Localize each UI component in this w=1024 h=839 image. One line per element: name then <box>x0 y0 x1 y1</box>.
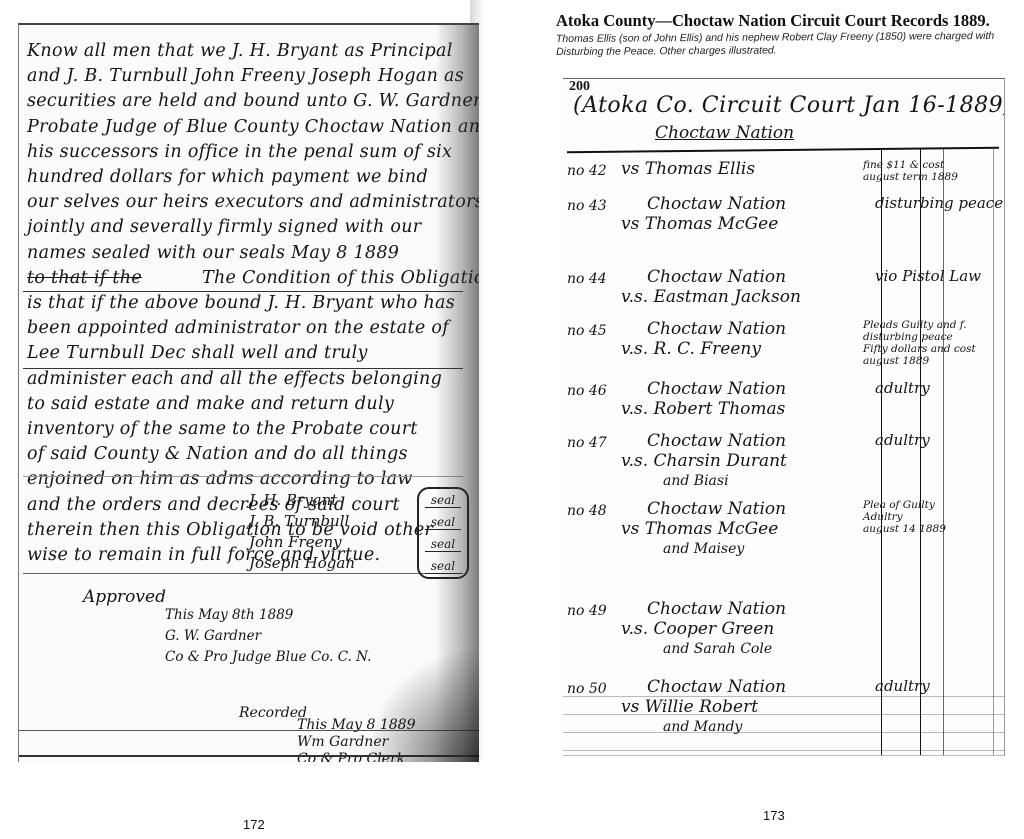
case-number: no 42 <box>567 163 607 179</box>
case-plaintiff: Choctaw Nation <box>647 431 786 451</box>
ledger-heading: (Atoka Co. Circuit Court Jan 16-1889) <box>573 93 1005 118</box>
ledger-subheading: Choctaw Nation <box>655 123 794 143</box>
case-defendant: v.s. Robert Thomas <box>621 399 785 419</box>
approval-block: Approved This May 8th 1889 G. W. Gardner… <box>83 587 166 607</box>
ledger-column-rule <box>943 149 944 755</box>
seal-label: seal <box>425 493 461 508</box>
case-defendant: v.s. Charsin Durant <box>621 451 787 471</box>
court-ledger-scan: 200 (Atoka Co. Circuit Court Jan 16-1889… <box>563 78 1005 756</box>
case-defendant: v.s. Cooper Green <box>621 619 774 639</box>
page-number-right: 173 <box>763 808 785 823</box>
bond-text-line: securities are held and bound unto G. W.… <box>27 89 475 114</box>
case-plaintiff: Choctaw Nation <box>647 499 786 519</box>
seal-label: seal <box>425 559 461 574</box>
case-co-defendant: and Maisey <box>663 541 744 557</box>
ruled-line <box>23 476 463 477</box>
case-note: disturbing peace <box>863 331 953 343</box>
case-co-defendant: and Sarah Cole <box>663 641 772 657</box>
bond-text-line: been appointed administrator on the esta… <box>27 316 475 341</box>
case-number: no 48 <box>567 503 607 519</box>
recorded-block: Recorded This May 8 1889 Wm Gardner Co &… <box>239 705 307 721</box>
case-plaintiff: Choctaw Nation <box>647 599 786 619</box>
bond-document-scan: Know all men that we J. H. Bryant as Pri… <box>18 23 479 762</box>
bond-text-line: jointly and severally firmly signed with… <box>27 215 475 240</box>
case-charge: adultry <box>875 431 930 449</box>
bond-text-line: Lee Turnbull Dec shall well and truly <box>27 341 475 366</box>
bond-text-line: our selves our heirs executors and admin… <box>27 190 475 215</box>
case-plaintiff: Choctaw Nation <box>647 267 786 287</box>
ruled-line <box>23 368 463 369</box>
case-plaintiff: Choctaw Nation <box>647 194 786 214</box>
signature: J. B. Turnbull <box>249 511 355 532</box>
case-note: Plea of Guilty <box>863 499 935 511</box>
approval-line: This May 8th 1889 <box>165 605 465 626</box>
ruled-line <box>23 291 463 292</box>
case-plaintiff: Choctaw Nation <box>647 319 786 339</box>
bond-text-line: of said County & Nation and do all thing… <box>27 442 475 467</box>
case-defendant: vs Thomas Ellis <box>621 159 755 179</box>
case-number: no 49 <box>567 603 607 619</box>
bond-text-line: Probate Judge of Blue County Choctaw Nat… <box>27 115 475 140</box>
case-note: august 14 1889 <box>863 523 946 535</box>
case-defendant: v.s. R. C. Freeny <box>621 339 761 359</box>
approved-label: Approved <box>83 587 166 607</box>
case-charge: vio Pistol Law <box>875 267 981 285</box>
case-note: Fifty dollars and cost <box>863 343 976 355</box>
case-note: august 1889 <box>863 355 929 367</box>
case-number: no 46 <box>567 383 607 399</box>
case-co-defendant: and Biasi <box>663 473 729 489</box>
case-defendant: vs Thomas McGee <box>621 519 778 539</box>
seal-box: seal seal seal seal <box>417 487 469 579</box>
case-defendant: v.s. Eastman Jackson <box>621 287 801 307</box>
bond-text-line: enjoined on him as adms according to law <box>27 467 475 492</box>
page-title: Atoka County—Choctaw Nation Circuit Cour… <box>556 11 1016 31</box>
seal-label: seal <box>425 537 461 552</box>
ledger-column-rule <box>920 149 921 755</box>
ledger-grid <box>563 679 1004 755</box>
ledger-header-rule <box>567 147 999 154</box>
case-note: august term 1889 <box>863 171 958 183</box>
case-note: Adultry <box>863 511 903 523</box>
bond-text-line: to said estate and make and return duly <box>27 392 475 417</box>
case-note: fine $11 & cost <box>863 159 944 171</box>
case-number: no 47 <box>567 435 607 451</box>
case-note: Pleads Guilty and f. <box>863 319 967 331</box>
page-caption: Thomas Ellis (son of John Ellis) and his… <box>556 30 1016 59</box>
case-plaintiff: Choctaw Nation <box>647 379 786 399</box>
bond-text-line: Know all men that we J. H. Bryant as Pri… <box>27 39 475 64</box>
bond-text-line: to that if theThe Condition of this Obli… <box>27 266 475 291</box>
bond-text-line: inventory of the same to the Probate cou… <box>27 417 475 442</box>
scan-shadow <box>369 642 479 762</box>
signature: J. H. Bryant <box>249 490 355 511</box>
right-page-header: Atoka County—Choctaw Nation Circuit Cour… <box>556 11 1016 59</box>
bond-text-line: hundred dollars for which payment we bin… <box>27 165 475 190</box>
case-number: no 44 <box>567 271 607 287</box>
signature: John Freeny <box>249 532 355 553</box>
case-charge: disturbing peace <box>875 194 1003 212</box>
case-number: no 45 <box>567 323 607 339</box>
bond-text: Know all men that we J. H. Bryant as Pri… <box>27 39 475 568</box>
bond-text-line: administer each and all the effects belo… <box>27 367 475 392</box>
ruled-line <box>23 573 463 574</box>
struck-text: to that if the <box>27 268 142 288</box>
ledger-column-rule <box>881 149 882 755</box>
bond-text-line: his successors in office in the penal su… <box>27 140 475 165</box>
bond-text-line: and J. B. Turnbull John Freeny Joseph Ho… <box>27 64 475 89</box>
case-defendant: vs Thomas McGee <box>621 214 778 234</box>
condition-heading: The Condition of this Obligation <box>202 268 479 288</box>
bond-text-line: names sealed with our seals May 8 1889 <box>27 241 475 266</box>
case-charge: adultry <box>875 379 930 397</box>
signature: Joseph Hogan <box>249 553 355 574</box>
ledger-column-rule <box>993 149 994 755</box>
case-number: no 43 <box>567 198 607 214</box>
page-number-left: 172 <box>243 817 265 832</box>
bond-text-line: is that if the above bound J. H. Bryant … <box>27 291 475 316</box>
signature-block: J. H. Bryant J. B. Turnbull John Freeny … <box>249 490 355 574</box>
seal-label: seal <box>425 515 461 530</box>
